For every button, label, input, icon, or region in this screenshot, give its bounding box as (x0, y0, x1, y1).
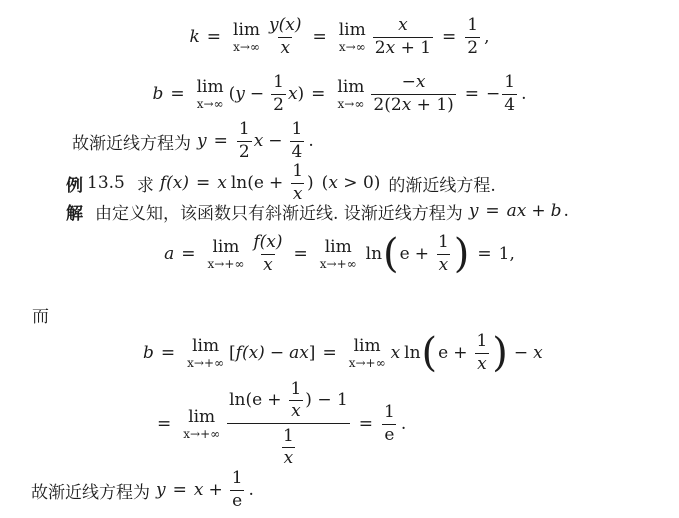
condition-left-paren: ( (322, 173, 329, 193)
lim-subscript: x→∞ (338, 98, 365, 110)
var-y: y (235, 84, 245, 104)
right-bracket: ] (309, 343, 316, 363)
minus: − (514, 343, 528, 363)
lim-text: lim (212, 239, 239, 256)
euler-e: e (400, 244, 410, 264)
var-y: y (197, 131, 207, 151)
fraction-one-over-x: 1 x (288, 379, 303, 423)
lim-text: lim (197, 79, 224, 96)
cjk-text: 由定义知，该函数只有斜渐近线. 设渐近线方程为 (95, 199, 463, 224)
big-right-paren: ) (492, 333, 508, 373)
lim-subscript: x→+∞ (208, 258, 245, 270)
lim-subscript: x→+∞ (320, 258, 357, 270)
lim-text: lim (325, 239, 352, 256)
period: . (401, 414, 406, 434)
cjk-tail-text: 的渐近线方程. (388, 171, 495, 196)
equation-b-line2: = lim x→+∞ ln( e + 1 x ) − 1 1 x (150, 382, 406, 466)
fraction-one-over-x: 1 x (474, 331, 489, 375)
lim-subscript: x→∞ (233, 41, 260, 53)
cjk-conjunction: 而 (32, 302, 49, 327)
period: . (308, 131, 313, 151)
numerator: f(x) (251, 232, 284, 253)
lim-text: lim (188, 409, 215, 426)
denominator: x (278, 37, 292, 59)
coeff: 2(2 (373, 95, 401, 116)
plus: + (531, 201, 545, 221)
var-ax: ax (289, 343, 309, 363)
fraction-one-half: 1 2 (237, 119, 252, 163)
close-paren-minus-one: ) − 1 (305, 390, 348, 411)
denominator: x (475, 353, 489, 375)
fraction-one-half: 1 2 (271, 72, 286, 116)
fraction-x-over-2x1: x 2x + 1 (373, 15, 433, 59)
equals: = (170, 84, 184, 104)
function-fx: f(x) (236, 343, 265, 363)
numerator: 1 (288, 379, 303, 400)
ln-open-paren: ln( (229, 390, 252, 411)
denominator: 4 (502, 94, 517, 116)
plus: + (453, 343, 467, 363)
condition-var-x: x (328, 173, 338, 193)
equals: = (311, 84, 325, 104)
equals: = (214, 131, 228, 151)
denominator: 1 x (227, 423, 350, 470)
denominator: 2(2x + 1) (371, 94, 455, 116)
plus: + (267, 390, 281, 411)
denominator: x (282, 447, 296, 469)
var-x: x (402, 95, 412, 116)
var-y: y (469, 201, 479, 221)
right-paren: ) (298, 84, 305, 104)
var-b: b (551, 201, 562, 221)
lim-text: lim (337, 79, 364, 96)
ln-operator: ln (366, 244, 382, 264)
euler-e: e (254, 173, 264, 193)
numerator: 1 (436, 232, 451, 253)
limit-operator: lim x→+∞ (183, 409, 220, 440)
period: . (564, 201, 569, 221)
equals: = (161, 343, 175, 363)
limit-operator: lim x→+∞ (320, 239, 357, 270)
limit-operator: lim x→∞ (339, 22, 366, 53)
ln-operator: ln (404, 343, 420, 363)
var-k: k (189, 27, 199, 47)
plus: + (415, 244, 429, 264)
lim-subscript: x→+∞ (349, 357, 386, 369)
paragraph-asymptote-result-2: 故渐近线方程为 y = x + 1 e . (31, 467, 254, 513)
numerator: 1 (290, 119, 305, 140)
numerator: 1 (281, 426, 296, 447)
solution-label: 解 (66, 199, 83, 224)
numerator: 1 (502, 72, 517, 93)
lim-text: lim (233, 22, 260, 39)
period: . (249, 480, 254, 500)
numerator: 1 (465, 15, 480, 36)
var-y: y (156, 480, 166, 500)
numerator: y(x) (267, 15, 303, 36)
minus: − (270, 343, 284, 363)
denominator: e (382, 424, 396, 446)
equals: = (477, 244, 491, 264)
denominator: e (230, 490, 244, 512)
euler-e: e (252, 390, 262, 411)
lim-subscript: x→∞ (339, 41, 366, 53)
big-fraction: ln( e + 1 x ) − 1 1 x (227, 379, 350, 469)
var-x: x (254, 131, 264, 151)
equals: = (313, 27, 327, 47)
denominator: 2x + 1 (373, 37, 433, 59)
var-x: x (217, 173, 227, 193)
var-x: x (194, 480, 204, 500)
fraction-one-over-x: 1 x (281, 426, 296, 470)
equals: = (181, 244, 195, 264)
equals: = (196, 173, 210, 193)
example-number: 13.5 (87, 173, 125, 193)
lim-subscript: x→+∞ (183, 428, 220, 440)
equals: = (207, 27, 221, 47)
lim-subscript: x→∞ (197, 98, 224, 110)
period: . (521, 84, 526, 104)
plus-one: + 1 (395, 38, 431, 59)
minus: − (250, 84, 264, 104)
big-left-paren: ( (383, 234, 399, 274)
denominator: x (261, 254, 275, 276)
numerator: ln( e + 1 x ) − 1 (227, 379, 350, 423)
plus: + (269, 173, 283, 193)
comma: , (484, 27, 489, 47)
plus-one: + 1) (411, 95, 454, 116)
var-ax: ax (507, 201, 527, 221)
equation-a-slope: a = lim x→+∞ f(x) x = lim x→+∞ ln ( e + … (0, 228, 679, 280)
ln-open-paren: ln( (231, 173, 254, 193)
cjk-text: 故渐近线方程为 (31, 478, 150, 503)
equation-k: k = lim x→∞ y(x) x = lim x→∞ x 2x + 1 = … (0, 6, 679, 68)
equals: = (442, 27, 456, 47)
lim-text: lim (192, 338, 219, 355)
fraction-yx-over-x: y(x) x (267, 15, 303, 59)
paragraph-asymptote-result-1: 故渐近线方程为 y = 1 2 x − 1 4 . (72, 118, 314, 164)
limit-operator: lim x→+∞ (187, 338, 224, 369)
denominator: x (289, 400, 303, 422)
equals: = (359, 414, 373, 434)
coeff: 2 (375, 38, 386, 59)
big-left-paren: ( (422, 333, 438, 373)
result-one-comma: 1, (499, 244, 515, 264)
numerator: 1 (271, 72, 286, 93)
cjk-verb-find: 求 (137, 171, 154, 196)
equals: = (173, 480, 187, 500)
fraction-one-over-e: 1 e (230, 468, 245, 512)
lim-text: lim (354, 338, 381, 355)
numerator: 1 (237, 119, 252, 140)
numerator: 1 (382, 402, 397, 423)
fraction-one-over-e: 1 e (382, 402, 397, 446)
equation-b-line1: b = lim x→+∞ [ f(x) − ax ] = lim x→+∞ x … (143, 326, 543, 380)
denominator: 2 (271, 94, 286, 116)
limit-operator: lim x→∞ (337, 79, 364, 110)
fraction-fx-over-x: f(x) x (251, 232, 284, 276)
denominator: x (437, 254, 451, 276)
equation-b-intercept: b = lim x→∞ ( y − 1 2 x ) = lim x→∞ −x 2… (0, 66, 679, 122)
function-fx: f(x) (160, 173, 189, 193)
lim-text: lim (339, 22, 366, 39)
negative-sign: − (486, 84, 500, 104)
euler-e: e (438, 343, 448, 363)
big-right-paren: ) (454, 234, 470, 274)
fraction-negx-over-2-2x1: −x 2(2x + 1) (371, 72, 455, 116)
var-x: x (533, 343, 543, 363)
numerator: 1 (230, 468, 245, 489)
textbook-page: k = lim x→∞ y(x) x = lim x→∞ x 2x + 1 = … (0, 0, 679, 518)
var-x: x (391, 343, 401, 363)
var-b: b (152, 84, 163, 104)
cjk-text: 故渐近线方程为 (72, 129, 191, 154)
numerator: 1 (290, 161, 305, 182)
fraction-one-half: 1 2 (465, 15, 480, 59)
limit-operator: lim x→+∞ (349, 338, 386, 369)
paragraph-solution: 解 由定义知，该函数只有斜渐近线. 设渐近线方程为 y = ax + b . (66, 200, 569, 222)
equals: = (322, 343, 336, 363)
var-a: a (164, 244, 174, 264)
fraction-one-fourth: 1 4 (290, 119, 305, 163)
equals: = (157, 414, 171, 434)
plus: + (208, 480, 222, 500)
numerator: −x (400, 72, 428, 93)
lim-subscript: x→+∞ (187, 357, 224, 369)
right-paren: ) (307, 173, 314, 193)
equals: = (485, 201, 499, 221)
var-x: x (386, 38, 396, 59)
example-label: 例 (66, 171, 83, 196)
numerator: x (396, 15, 410, 36)
equals: = (465, 84, 479, 104)
fraction-one-over-x: 1 x (436, 232, 451, 276)
limit-operator: lim x→∞ (233, 22, 260, 53)
limit-operator: lim x→∞ (197, 79, 224, 110)
numerator: 1 (474, 331, 489, 352)
denominator: 2 (465, 37, 480, 59)
var-b: b (143, 343, 154, 363)
minus: − (402, 72, 416, 93)
fraction-one-fourth: 1 4 (502, 72, 517, 116)
paragraph-conjunction: 而 (32, 303, 49, 325)
minus: − (268, 131, 282, 151)
limit-operator: lim x→+∞ (208, 239, 245, 270)
var-x: x (288, 84, 298, 104)
condition-gt-zero: > 0) (338, 173, 381, 193)
left-bracket: [ (229, 343, 236, 363)
equals: = (294, 244, 308, 264)
var-x: x (416, 72, 426, 93)
